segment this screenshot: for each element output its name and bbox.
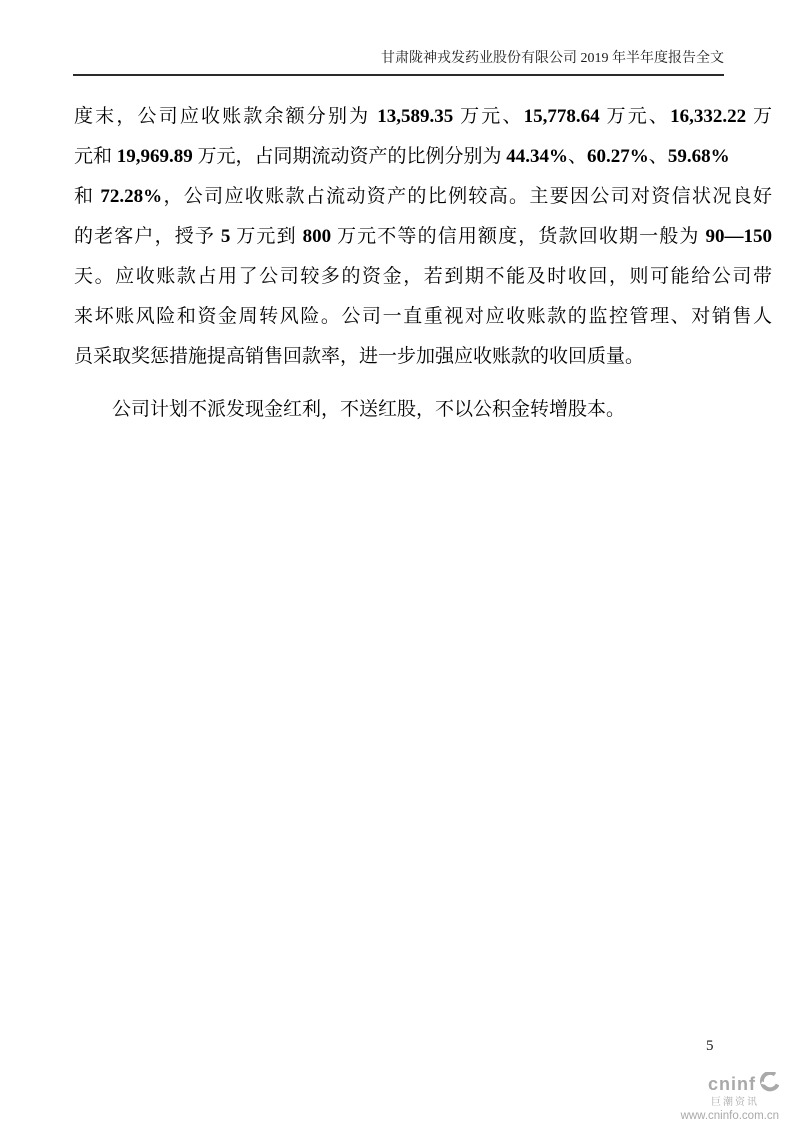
body-text: 度末，公司应收账款余额分别为 13,589.35 万元、15,778.64 万元… (74, 97, 772, 430)
page-header: 甘肃陇神戎发药业股份有限公司 2019 年半年度报告全文 (73, 50, 724, 76)
logo-brand-text: cninf (708, 1075, 756, 1093)
report-page: 甘肃陇神戎发药业股份有限公司 2019 年半年度报告全文 度末，公司应收账款余额… (0, 0, 793, 1122)
text-line: 公司计划不派发现金红利，不送红股，不以公积金转增股本。 (74, 390, 772, 430)
logo-subtitle: 巨潮资讯 (681, 1098, 759, 1108)
paragraph: 度末，公司应收账款余额分别为 13,589.35 万元、15,778.64 万元… (74, 97, 772, 377)
text-line: 元和 19,969.89 万元，占同期流动资产的比例分别为 44.34%、60.… (74, 137, 772, 177)
logo-brand-row: cninf (681, 1072, 779, 1096)
paragraph: 公司计划不派发现金红利，不送红股，不以公积金转增股本。 (74, 390, 772, 430)
logo-url: www.cninfo.com.cn (681, 1111, 779, 1122)
text-line: 天。应收账款占用了公司较多的资金，若到期不能及时收回，则可能给公司带 (74, 257, 772, 297)
text-line: 度末，公司应收账款余额分别为 13,589.35 万元、15,778.64 万元… (74, 97, 772, 137)
text-line: 和 72.28%，公司应收账款占流动资产的比例较高。主要因公司对资信状况良好 (74, 177, 772, 217)
swirl-globe-icon (758, 1072, 779, 1096)
text-line: 的老客户，授予 5 万元到 800 万元不等的信用额度，货款回收期一般为 90—… (74, 217, 772, 257)
header-title: 甘肃陇神戎发药业股份有限公司 2019 年半年度报告全文 (381, 51, 724, 66)
page-number: 5 (706, 1038, 714, 1055)
cninfo-logo: cninf 巨潮资讯 www.cninfo.com.cn (681, 1072, 779, 1122)
text-line: 来坏账风险和资金周转风险。公司一直重视对应收账款的监控管理、对销售人 (74, 297, 772, 337)
text-line: 员采取奖惩措施提高销售回款率，进一步加强应收账款的收回质量。 (74, 337, 772, 377)
